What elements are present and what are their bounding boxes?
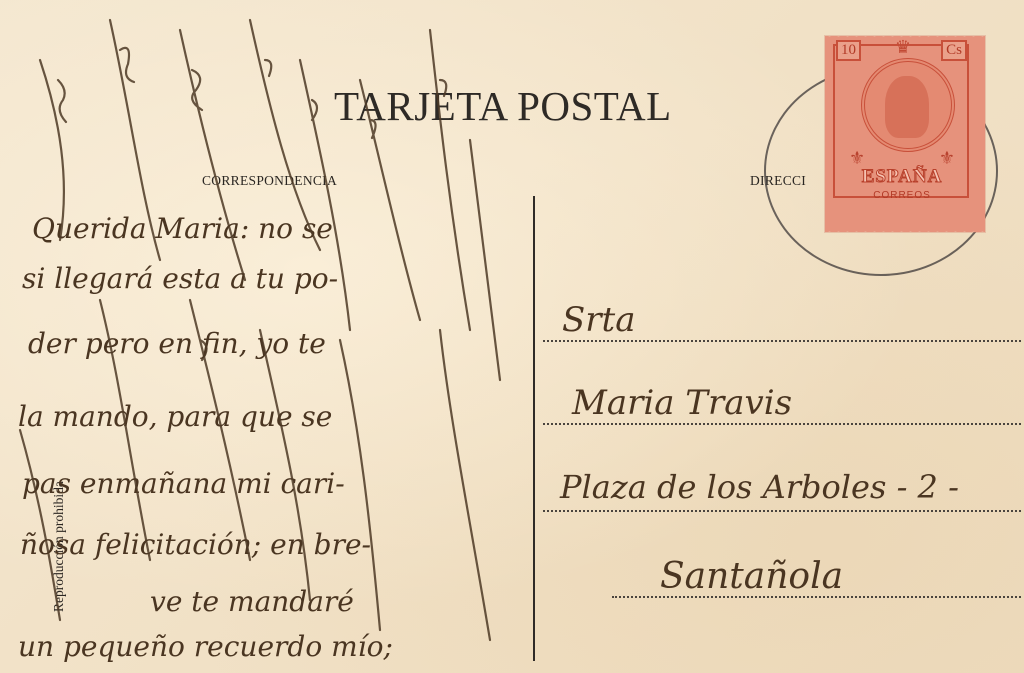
king-portrait-icon (885, 76, 929, 138)
address-recipient-name: Maria Travis (572, 383, 792, 423)
address-street: Plaza de los Arboles - 2 - (560, 468, 959, 506)
message-line: si llegará esta a tu po- (22, 262, 338, 295)
address-recipient-title: Srta (562, 300, 635, 340)
portrait-medallion (861, 58, 955, 152)
message-line: Querida Maria: no se (32, 212, 333, 245)
crown-icon: ♛ (883, 38, 923, 56)
message-line: pas enmañana mi cari- (22, 467, 345, 500)
stamp-service: CORREOS (839, 190, 965, 201)
stamp-value: 10 (836, 40, 861, 61)
message-line: ñosa felicitación; en bre- (20, 528, 371, 561)
postcard: TARJETA POSTAL CORRESPONDENCIA DIRECCI R… (0, 0, 1024, 673)
postcard-title: TARJETA POSTAL (334, 82, 672, 130)
address-city: Santañola (660, 556, 843, 597)
message-line: der pero en fin, yo te (28, 327, 326, 360)
message-line: un pequeño recuerdo mío; (18, 630, 393, 663)
address-line-2 (543, 423, 1021, 425)
address-line-3 (543, 510, 1021, 512)
stamp-currency: Cs (941, 40, 967, 61)
postage-stamp: 10 Cs ♛ ⚜ ⚜ ESPAÑA CORREOS (825, 36, 985, 232)
message-line: la mando, para que se (18, 400, 332, 433)
message-line: ve te mandaré (150, 585, 354, 618)
stamp-country: ESPAÑA (839, 166, 965, 188)
correspondence-label: CORRESPONDENCIA (202, 173, 337, 189)
center-divider (533, 196, 535, 661)
address-line-1 (543, 340, 1021, 342)
